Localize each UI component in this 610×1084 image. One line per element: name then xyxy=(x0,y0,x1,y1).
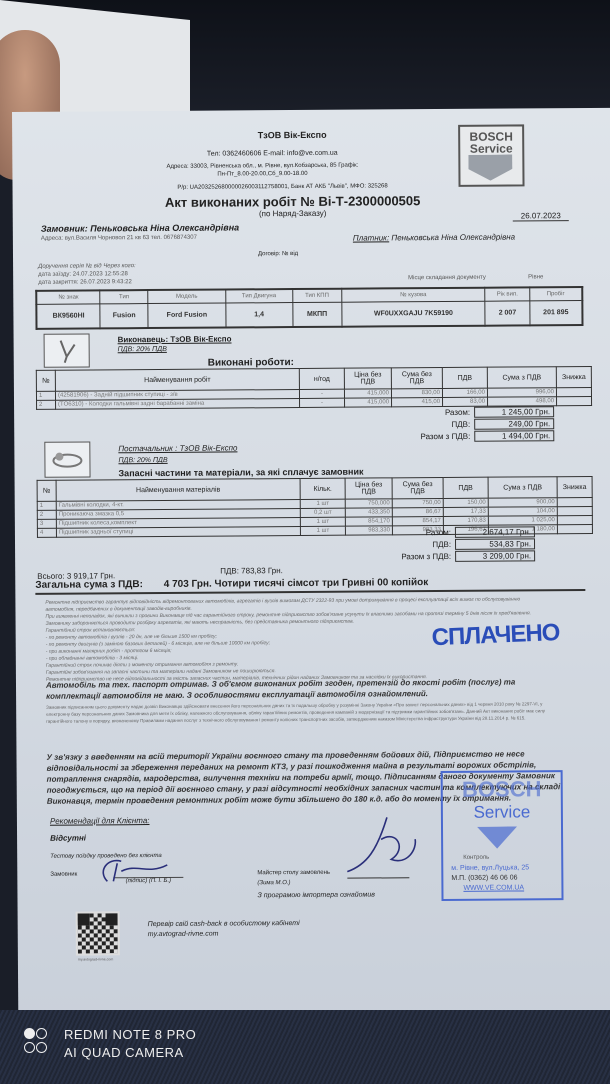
table-cell: 1 xyxy=(37,501,56,510)
total-label: Разом: xyxy=(426,528,451,537)
company-seal: BOSCH Service Контроль м. Рівне, вул.Луц… xyxy=(441,770,564,901)
vehicle-header-cell: Рік вип. xyxy=(485,287,530,301)
table-cell: 415,000 xyxy=(345,398,392,407)
vehicle-value-cell: ВК9560НІ xyxy=(36,304,100,328)
parts-vat-note: ПДВ: 20% ПДВ xyxy=(118,457,167,464)
company-schedule: Пн-Пт_8.00-20.00,Сб_9.00-18.00 xyxy=(132,170,392,178)
vehicle-header-cell: Тип КПП xyxy=(292,289,341,303)
vehicle-header-cell: № знак xyxy=(36,290,100,304)
total-value: 249,00 Грн. xyxy=(474,418,554,430)
table-header-cell: Сума без ПДВ xyxy=(391,368,442,389)
table-cell: 830,00 xyxy=(391,389,442,398)
company-name: ТзОВ Вік-Експо xyxy=(162,129,422,141)
table-header-cell: Сума без ПДВ xyxy=(392,477,443,498)
table-header-cell: Знижка xyxy=(557,476,592,497)
customer-address: Адреса: вул.Василя Чорновол 21 кв 63 тел… xyxy=(41,235,197,242)
table-cell: 415,00 xyxy=(392,398,443,407)
table-cell: 3 xyxy=(37,519,56,528)
master-name: (Зима М.О.) xyxy=(257,880,290,886)
table-cell xyxy=(557,497,592,506)
cashback-qr-code[interactable] xyxy=(76,911,120,955)
table-header-cell: ПДВ xyxy=(442,367,487,388)
total-value: 1 494,00 Грн. xyxy=(474,430,554,442)
vehicle-header-cell: № кузова xyxy=(342,288,486,303)
total-value: 2 674,17 Грн. xyxy=(455,526,535,538)
table-cell: 854,170 xyxy=(345,517,392,526)
table-cell: 1 025,00 xyxy=(488,516,557,525)
table-cell: 1 шт xyxy=(300,517,345,526)
supplier: Постачальник : ТзОВ Вік-Експо xyxy=(118,443,237,453)
shield-icon xyxy=(468,155,512,181)
grand-total-label: Загальна сума з ПДВ: xyxy=(35,579,143,591)
total-label: ПДВ: xyxy=(451,420,470,429)
document-subtitle: (по Наряд-Заказу) xyxy=(213,208,373,218)
power-of-attorney: Доручення серія № від Через кого: xyxy=(38,263,136,270)
customer-label: Замовник: Пеньковська Ніна Олександрівна xyxy=(41,222,239,233)
table-cell: 150,00 xyxy=(443,498,488,507)
vehicle-table: № знакТипМодельТип ДвигунаТип КПП№ кузов… xyxy=(35,286,583,329)
document-title: Акт виконаних робіт № Ві-Т-2300000505 xyxy=(113,193,473,211)
customer-name: Пеньковська Ніна Олександрівна xyxy=(90,222,239,233)
total-value: 1 245,00 Грн. xyxy=(474,406,554,418)
table-header-cell: ПДВ xyxy=(443,477,488,498)
table-header-cell: Ціна без ПДВ xyxy=(345,478,392,499)
executor: Виконавець: ТзОВ Вік-Експо xyxy=(118,334,232,344)
cashback-link[interactable]: my.avtograd-rivne.com xyxy=(148,931,219,938)
grand-total: Загальна сума з ПДВ: 4 703 Грн. Чотири т… xyxy=(35,576,585,595)
cashback-text: Перевір свій cash-back в особистому кабі… xyxy=(148,920,300,928)
date-closed: дата закриття: 26.07.2023 9:43:22 xyxy=(38,279,132,286)
table-cell: Підшипник задньої ступиці xyxy=(56,526,300,537)
total-row: Разом з ПДВ:3 209,00 Грн. xyxy=(375,550,535,562)
works-vat-note: ПДВ: 20% ПДВ xyxy=(118,346,167,353)
parts-totals: Разом:2 674,17 Грн.ПДВ:534,83 Грн.Разом … xyxy=(375,526,535,563)
vehicle-header-cell: Пробіг xyxy=(530,287,583,301)
customer-signature-label: Замовник xyxy=(50,872,77,878)
vehicle-header-cell: Тип Двигуна xyxy=(226,289,293,303)
table-cell: 170,83 xyxy=(443,516,488,525)
payer-name: Пеньковська Ніна Олександрівна xyxy=(391,232,515,242)
total-value: 3 209,00 Грн. xyxy=(455,550,535,562)
work-completion-act-document: ТзОВ Вік-Експо Тел: 0362460606 E-mail: i… xyxy=(12,108,610,1027)
vehicle-value-cell: 1,4 xyxy=(226,303,293,327)
table-header-cell: Кільк. xyxy=(300,478,345,499)
vehicle-value-cell: WF0UXXGAJU 7K59190 xyxy=(342,301,486,326)
bosch-service-logo: BOSCH Service xyxy=(458,124,524,186)
table-cell: 854,17 xyxy=(392,516,443,525)
total-label: Разом: xyxy=(445,408,470,417)
table-cell: 900,00 xyxy=(488,498,557,507)
qr-caption: my.avtograd-rivne.com xyxy=(78,957,113,961)
master-signature xyxy=(337,809,427,880)
table-cell xyxy=(557,396,592,405)
table-cell: 0,2 шт xyxy=(300,508,345,517)
vehicle-value-cell: МКПП xyxy=(292,302,341,326)
payer: Платник: Пеньковська Ніна Олександрівна xyxy=(353,232,515,242)
tool-icon xyxy=(45,334,89,366)
recommendations-label: Рекомендації для Клієнта: xyxy=(50,816,150,826)
place-label: Місце складання документу xyxy=(408,275,486,282)
table-cell: 750,000 xyxy=(345,499,392,508)
vehicle-value-cell: 201 895 xyxy=(530,301,583,325)
table-cell: 433,350 xyxy=(345,508,392,517)
total-value: 534,83 Грн. xyxy=(455,538,535,550)
camera-logo-icon xyxy=(24,1028,48,1060)
table-cell: 104,00 xyxy=(488,507,557,516)
table-cell xyxy=(557,524,592,533)
grand-total-value: 4 703 Грн. Чотири тисячі сімсот три Грив… xyxy=(164,577,429,590)
acceptance-statement: Автомобіль та тех. паспорт отримав. З об… xyxy=(46,676,556,702)
contract-info: Договір: № від xyxy=(258,251,298,257)
customer-signature xyxy=(87,851,187,888)
works-totals: Разом:1 245,00 Грн.ПДВ:249,00 Грн.Разом … xyxy=(394,406,554,443)
table-header-cell: Сума з ПДВ xyxy=(487,367,556,388)
table-header-cell: Сума з ПДВ xyxy=(488,477,557,498)
table-cell: - xyxy=(300,398,345,407)
table-cell: 1 xyxy=(36,391,55,400)
table-cell: 166,00 xyxy=(442,388,487,397)
table-header-cell: № xyxy=(37,480,56,501)
table-cell: 17,33 xyxy=(443,507,488,516)
table-cell xyxy=(557,515,592,524)
vehicle-value-cell: Fusion xyxy=(100,304,148,328)
bank-details: Р/р: UA203252680000026003112758001, Банк… xyxy=(83,183,483,192)
table-cell xyxy=(557,506,592,515)
table-cell: 83,00 xyxy=(443,397,488,406)
table-header-cell: н/год xyxy=(299,368,344,389)
table-header-cell: Знижка xyxy=(556,366,591,387)
table-cell: - xyxy=(299,389,344,398)
table-cell: (TO6310) - Колодки гальмівні задні бараб… xyxy=(56,398,300,409)
vehicle-value-row: ВК9560НІFusionFord Fusion1,4МКППWF0UXXGA… xyxy=(36,301,582,329)
importer-note: З програмою імпортера ознайомив xyxy=(257,891,374,899)
seal-emblem-icon xyxy=(477,826,517,848)
vehicle-value-cell: 2 007 xyxy=(485,301,530,325)
table-cell: 415,000 xyxy=(344,389,391,398)
table-cell: 2 xyxy=(37,400,56,409)
table-cell: 86,67 xyxy=(392,507,443,516)
table-cell: 996,00 xyxy=(487,388,556,397)
table-cell: 2 xyxy=(37,510,56,519)
date-in: дата заїзду: 24.07.2023 12:55:28 xyxy=(38,271,128,278)
camera-watermark: REDMI NOTE 8 PRO AI QUAD CAMERA xyxy=(24,1026,196,1062)
total-row: Разом:1 245,00 Грн. xyxy=(394,406,554,418)
camera-feature: AI QUAD CAMERA xyxy=(64,1044,196,1062)
parts-title: Запасні частини та матеріали, за які спл… xyxy=(118,467,363,479)
table-header-cell: Найменування робіт xyxy=(55,369,299,392)
table-cell: 1 шт xyxy=(300,526,345,535)
privacy-consent: Замовник підписанням цього документу над… xyxy=(46,700,556,725)
works-table: №Найменування робітн/годЦіна без ПДВСума… xyxy=(36,366,592,410)
table-cell: 4 xyxy=(37,528,56,537)
total-label: ПДВ: xyxy=(432,540,451,549)
total-label: Разом з ПДВ: xyxy=(401,552,451,561)
table-header-cell: Ціна без ПДВ xyxy=(344,368,391,389)
table-cell xyxy=(556,387,591,396)
total-row: Разом з ПДВ:1 494,00 Грн. xyxy=(394,430,554,442)
table-header-cell: Найменування матеріалів xyxy=(56,478,300,501)
place-value: Рівне xyxy=(528,274,543,280)
total-vat: ПДВ: 783,83 Грн. xyxy=(220,566,283,575)
vehicle-header-cell: Модель xyxy=(148,290,226,304)
paid-stamp: СПЛАЧЕНО xyxy=(431,619,560,652)
table-header-cell: № xyxy=(36,370,55,391)
master-label: Майстер столу замовлень xyxy=(257,870,330,877)
total-row: ПДВ:534,83 Грн. xyxy=(375,538,535,550)
document-date: 26.07.2023 xyxy=(513,211,569,221)
table-cell: 750,00 xyxy=(392,498,443,507)
total-label: Разом з ПДВ: xyxy=(420,432,470,441)
company-contacts: Тел: 0362460606 E-mail: info@ve.com.ua xyxy=(112,149,432,158)
company-address: Адреса: 33003, Рівненська обл., м. Рівне… xyxy=(72,162,452,171)
recommendations-value: Відсутні xyxy=(50,834,86,843)
vehicle-value-cell: Ford Fusion xyxy=(148,303,226,328)
brake-parts-icon xyxy=(45,442,89,476)
table-cell: 1 шт xyxy=(300,499,345,508)
wrench-image xyxy=(44,333,90,367)
total-row: Разом:2 674,17 Грн. xyxy=(375,526,535,538)
works-title: Виконані роботи: xyxy=(208,357,294,369)
total-row: ПДВ:249,00 Грн. xyxy=(394,418,554,430)
camera-model: REDMI NOTE 8 PRO xyxy=(64,1026,196,1044)
table-cell: 498,00 xyxy=(488,397,557,406)
vehicle-header-cell: Тип xyxy=(100,290,148,304)
parts-image xyxy=(44,441,90,477)
